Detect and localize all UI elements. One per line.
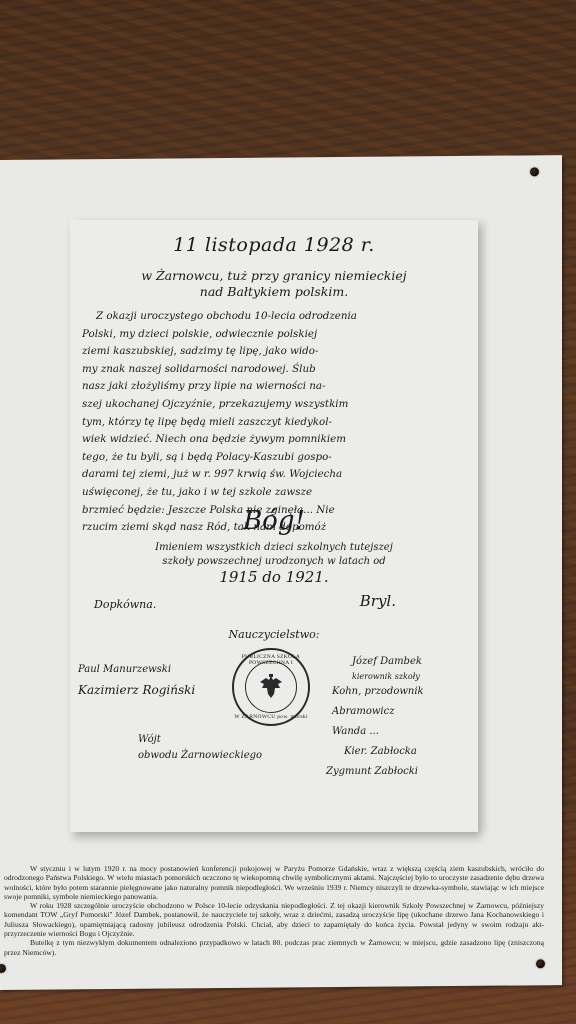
document-body: Z okazji uroczystego obchodu 10-lecia od…: [82, 308, 464, 537]
signatures-right: Józef Dambek kierownik szkoły Kohn, przo…: [332, 652, 424, 782]
stamp-top-text: PUBLICZNA SZKOŁA POWSZECHNA I: [234, 654, 308, 666]
body-line: nasz jaki złożyliśmy przy lipie na wiern…: [82, 378, 464, 396]
body-line: my znak naszej solidarności narodowej. Ś…: [82, 361, 464, 379]
birth-years: 1915 do 1921.: [70, 568, 478, 586]
body-line: Polski, my dzieci polskie, odwiecznie po…: [82, 326, 464, 344]
signature: Abramowicz: [332, 702, 424, 722]
body-line: wiek widzieć. Niech ona będzie żywym pom…: [82, 431, 464, 449]
signed-by-line1: Imieniem wszystkich dzieci szkolnych tut…: [70, 542, 478, 553]
stamp-bottom-text: W ŻARNOWCU pow. morski: [234, 714, 308, 720]
body-line: uświęconej, że tu, jako i w tej szkole z…: [82, 484, 464, 502]
signature: Wójt: [138, 730, 262, 750]
teachers-label: Nauczycielstwo:: [70, 628, 478, 641]
school-stamp: PUBLICZNA SZKOŁA POWSZECHNA I W ŻARNOWCU…: [232, 648, 310, 726]
body-line: darami tej ziemi, już w r. 997 krwią św.…: [82, 466, 464, 484]
screw-bottom-right: [536, 959, 545, 968]
board-caption: W styczniu i w lutym 1920 r. na mocy pos…: [4, 864, 544, 957]
historical-document: 11 listopada 1928 r. w Żarnowcu, tuż prz…: [70, 220, 478, 832]
body-line: szej ukochanej Ojczyźnie, przekazujemy w…: [82, 396, 464, 414]
body-line: tego, że tu byli, są i będą Polacy-Kaszu…: [82, 449, 464, 467]
document-date: 11 listopada 1928 r.: [70, 234, 478, 256]
signature: Zygmunt Zabłocki: [326, 762, 424, 782]
student-signature-left: Dopkównа.: [94, 598, 156, 611]
signature: Kier. Zabłocka: [344, 742, 424, 762]
body-line: Z okazji uroczystego obchodu 10-lecia od…: [82, 308, 464, 326]
screw-top-right: [530, 167, 539, 176]
signed-by-line2: szkoły powszechnej urodzonych w latach o…: [70, 556, 478, 567]
body-line: ziemi kaszubskiej, sadzimy tę lipę, jako…: [82, 343, 464, 361]
caption-paragraph: W styczniu i w lutym 1920 r. na mocy pos…: [4, 864, 544, 901]
signature: Józef Dambek: [352, 652, 424, 672]
body-line: tym, którzy tę lipę będą mieli zaszczyt …: [82, 414, 464, 432]
signature: Wanda ...: [332, 722, 424, 742]
document-place-line1: w Żarnowcu, tuż przy granicy niemieckiej: [70, 268, 478, 283]
screw-bottom-left: [0, 964, 6, 973]
signature: obwodu Żarnowieckiego: [138, 750, 262, 762]
student-signature-right: Bryl.: [360, 592, 396, 610]
document-closing: Bóg!: [70, 506, 478, 536]
signature: Kohn, przodownik: [332, 682, 424, 702]
document-place-line2: nad Bałtykiem polskim.: [70, 284, 478, 299]
signature: kierownik szkoły: [352, 672, 424, 682]
eagle-emblem-icon: [245, 661, 297, 713]
caption-paragraph: W roku 1928 szczególnie uroczyście obcho…: [4, 901, 544, 938]
caption-paragraph: Butelkę z tym niezwykłym dokumentem odna…: [4, 938, 544, 957]
